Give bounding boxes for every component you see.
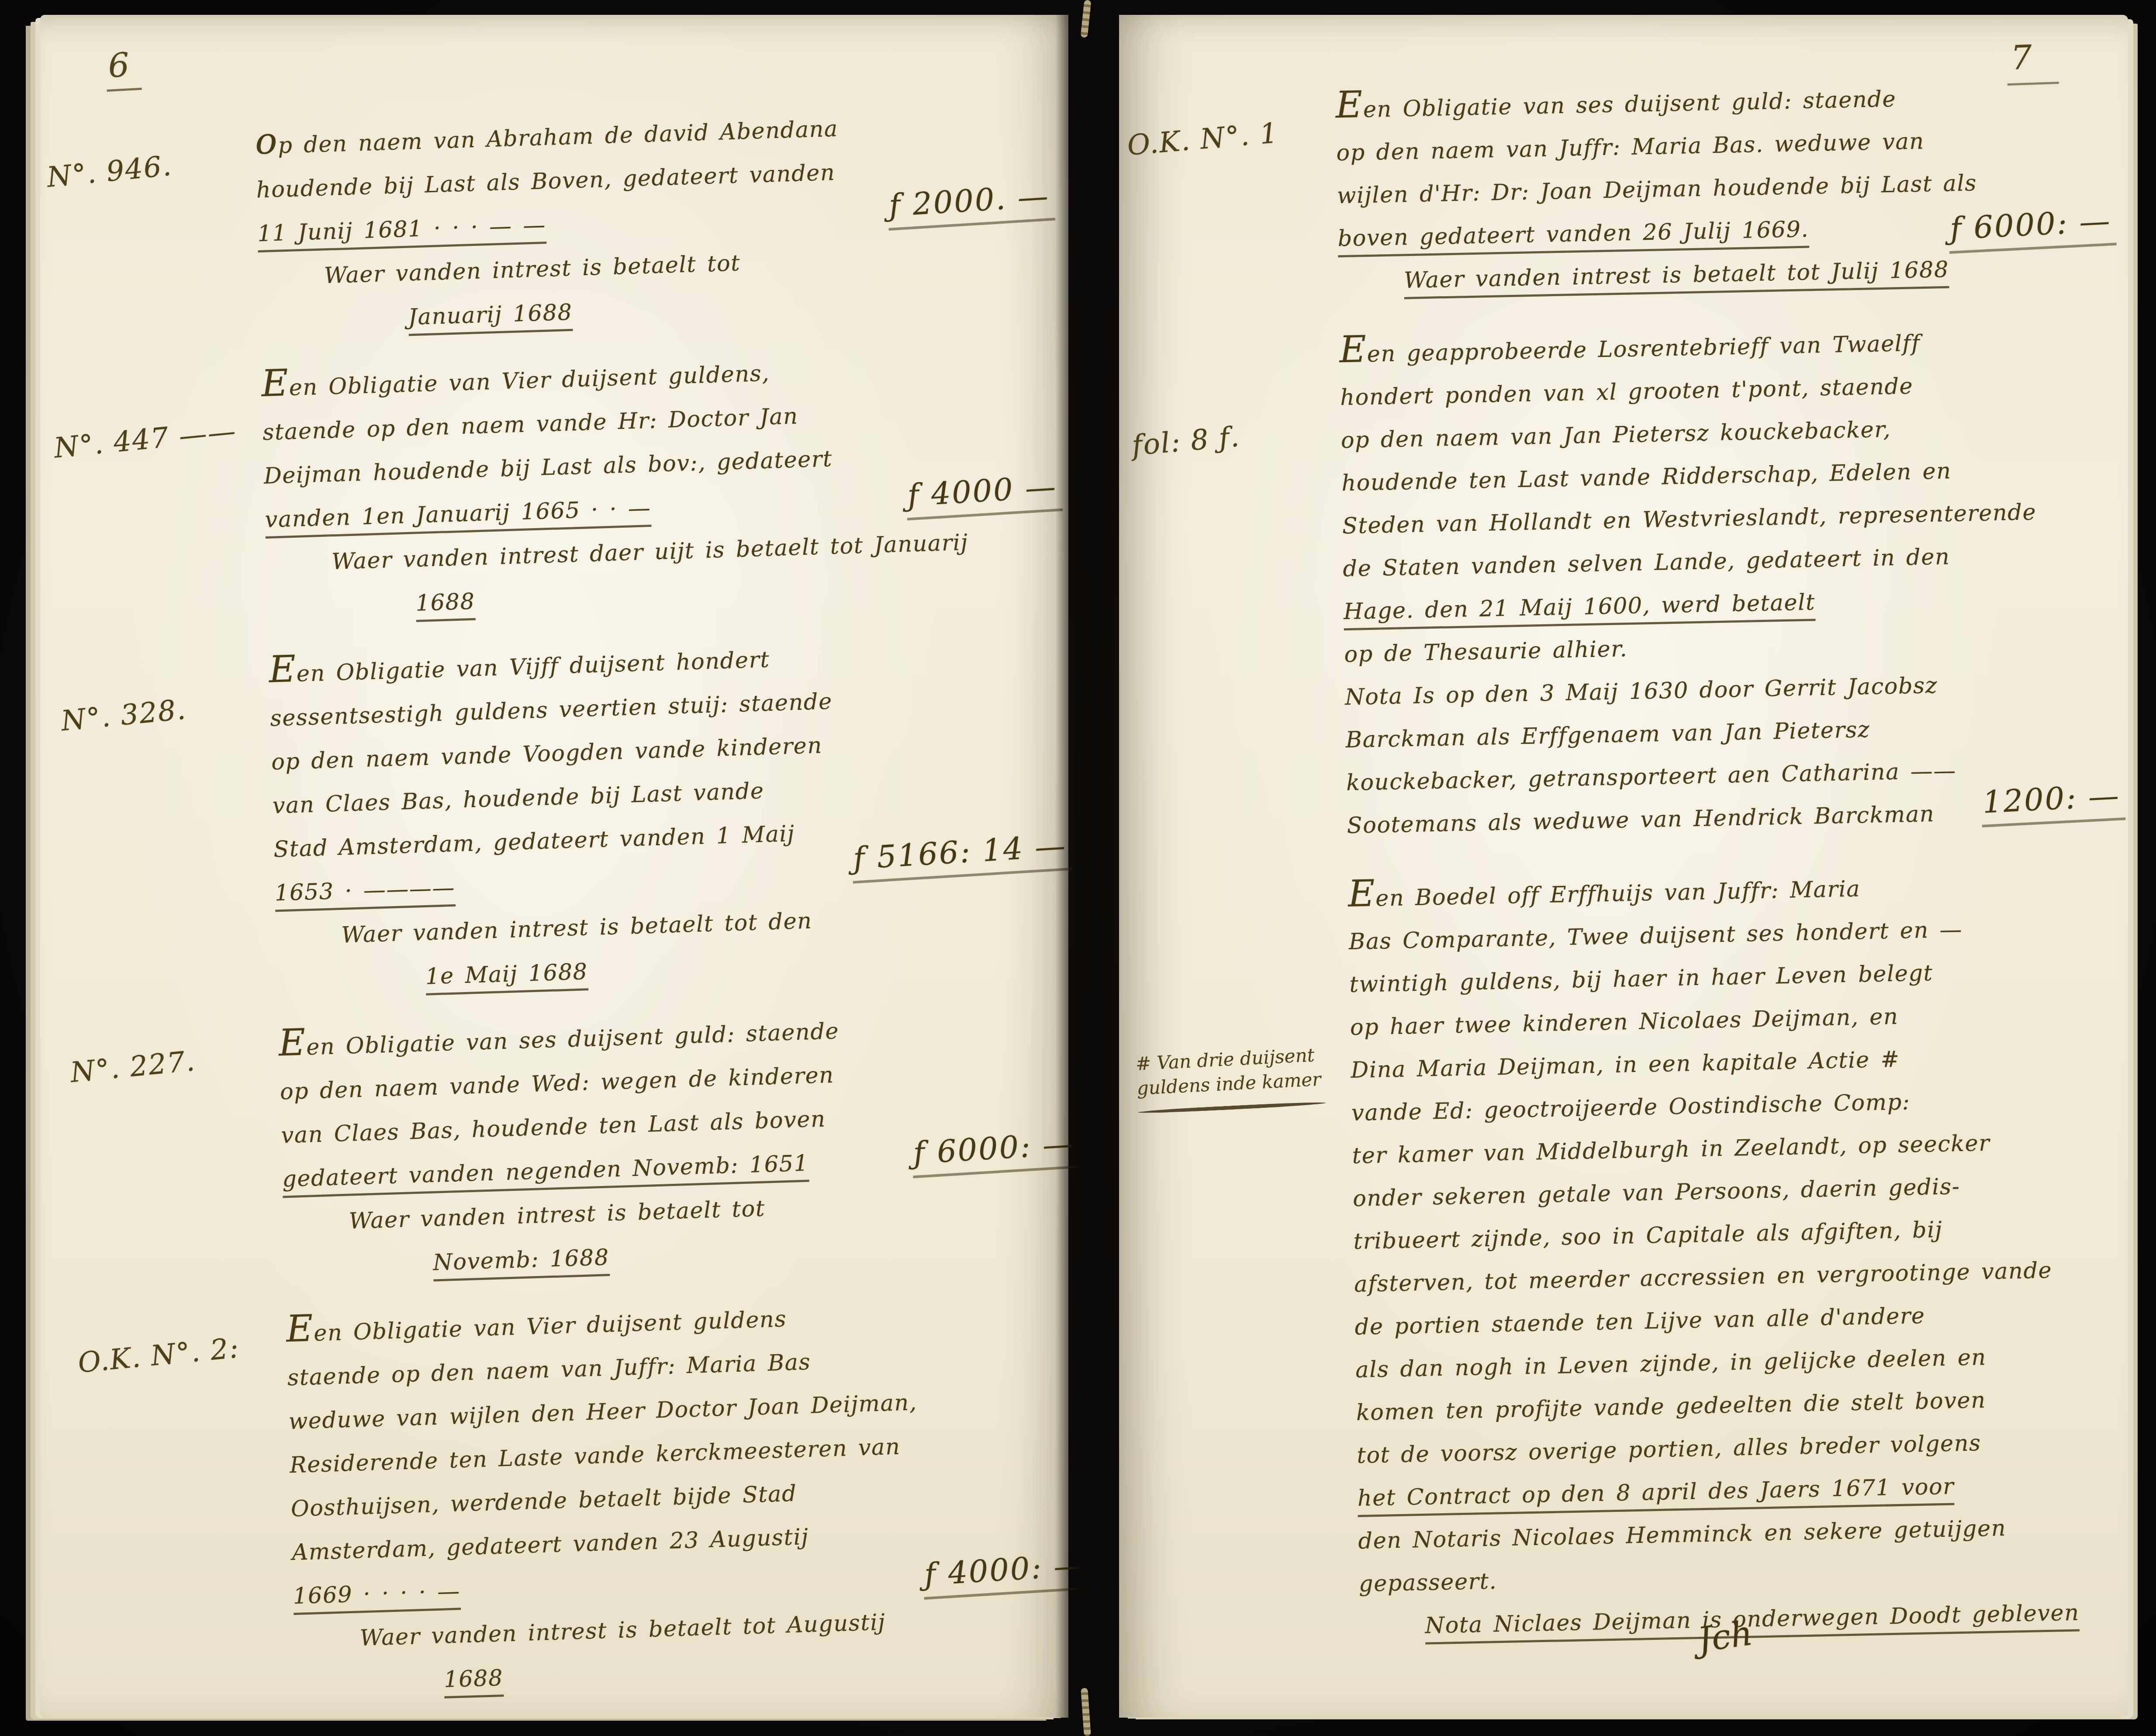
ledger-entry: O.K. N°. 1Een Obligatie van ses duijsent… xyxy=(1115,77,2127,307)
ink-stroke xyxy=(1138,1101,1326,1114)
entry-margin-number: N°. 328. xyxy=(60,686,267,738)
entry-margin-number: fol: 8 ƒ. xyxy=(1131,412,1338,462)
ledger-entry: fol: 8 ƒ.Een geapprobeerde Losrentebrief… xyxy=(1119,322,2135,851)
entry-text: Een Obligatie van Vier duijsent guldenss… xyxy=(286,1292,1103,1706)
page-left: 6 N°. 946.op den naem van Abraham de dav… xyxy=(40,15,1068,1718)
ink-flourish-mark: Jch xyxy=(1695,1614,1755,1660)
entry-margin-number: N°. 946. xyxy=(45,142,253,194)
amount-value: 1200: — xyxy=(1980,777,2126,827)
left-page-content: N°. 946.op den naem van Abraham de david… xyxy=(31,0,1104,1725)
ledger-entry: N°. 227.Een Obligatie van ses duijsent g… xyxy=(58,1006,1092,1294)
ledger-entry: N°. 328.Een Obligatie van Vijff duijsent… xyxy=(48,632,1085,1008)
right-page-content: O.K. N°. 1Een Obligatie van ses duijsent… xyxy=(1114,3,2149,1722)
ledger-entry: N°. 946.op den naem van Abraham de david… xyxy=(34,104,1068,349)
page-right: 7 O.K. N°. 1Een Obligatie van ses duijse… xyxy=(1119,15,2128,1718)
entry-margin-number: O.K. N°. 2: xyxy=(76,1328,284,1380)
ledger-entry: O.K. N°. 2:Een Obligatie van Vier duijse… xyxy=(66,1292,1104,1712)
ledger-entry: # Van drie duijsentguldens inde kamerEen… xyxy=(1127,866,2148,1652)
entry-text: Een Boedel off Erffhuijs van Juffr: Mari… xyxy=(1348,866,2148,1649)
entry-text: Een geapprobeerde Losrentebrieff van Twa… xyxy=(1339,322,2135,847)
margin-note: # Van drie duijsentguldens inde kamer xyxy=(1135,1041,1346,1114)
ledger-entry: N°. 447 ——Een Obligatie van Vier duijsen… xyxy=(41,346,1075,635)
entry-margin-number: N°. 227. xyxy=(69,1037,276,1089)
entry-text: Een Obligatie van Vijff duijsent hondert… xyxy=(269,632,1085,1003)
manuscript-scan: { "palette": { "paper": "#f1ebd9", "ink"… xyxy=(0,0,2156,1736)
entry-text: Een Obligatie van ses duijsent guld: sta… xyxy=(1335,77,2127,303)
entry-margin-number: N°. 447 —— xyxy=(52,413,260,465)
amount-value: ƒ 6000: — xyxy=(1947,203,2117,254)
entry-margin-number: O.K. N°. 1 xyxy=(1126,112,1334,162)
